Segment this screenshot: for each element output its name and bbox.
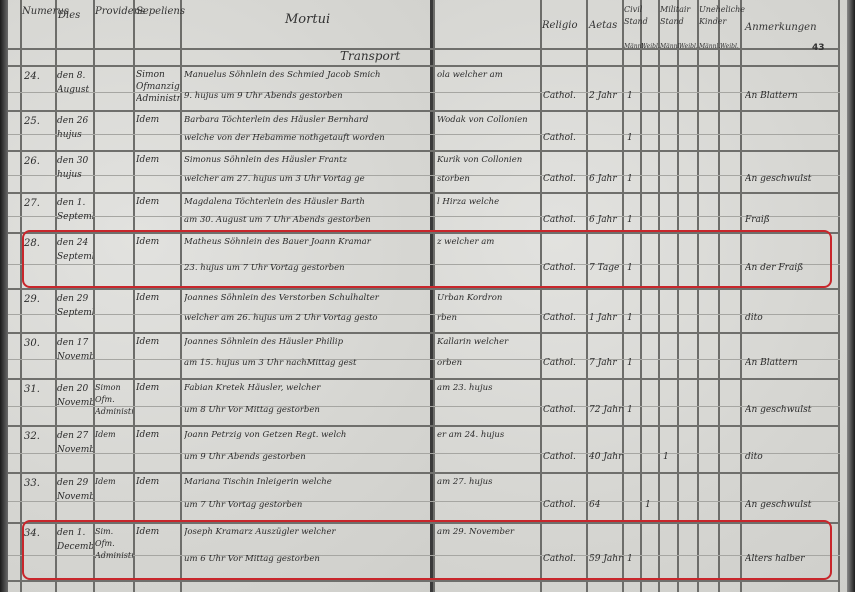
sub-w-2: Weibl. xyxy=(679,43,698,51)
row-civil-m: 1 xyxy=(627,402,639,418)
row-civil-m: 1 xyxy=(627,310,639,326)
row-religio: Cathol. xyxy=(543,449,587,465)
row-mortui-line2: am 15. hujus um 3 Uhr nachMittag gest xyxy=(184,355,432,372)
column-rule xyxy=(658,0,660,592)
row-religio: Cathol. xyxy=(543,310,587,326)
row-providens: Idem xyxy=(95,476,133,488)
row-aetas: 72 Jahr xyxy=(589,402,623,418)
row-anmerkung: An geschwulst xyxy=(745,171,835,187)
row-rule xyxy=(8,580,840,582)
row-dies: den 26 hujus xyxy=(57,114,93,148)
row-sepeliens: Idem xyxy=(136,114,180,126)
row-number: 24. xyxy=(24,69,54,85)
row-number: 32. xyxy=(24,429,54,445)
row-mortui-cont1: Kallarin welcher xyxy=(437,334,539,351)
row-mortui-line1: Joannes Söhnlein des Häusler Phillip xyxy=(184,334,432,351)
row-mortui-line2: um 8 Uhr Vor Mittag gestorben xyxy=(184,402,432,419)
header-anmerkungen: Anmerkungen xyxy=(745,22,817,34)
book-edge-right xyxy=(847,0,855,592)
column-rule xyxy=(740,0,742,592)
row-mortui-line2: am 30. August um 7 Uhr Abends gestorben xyxy=(184,212,432,229)
row-dies: den 27 Novemb. xyxy=(57,429,93,470)
row-mortui-line1: Mariana Tischin Inleigerin welche xyxy=(184,474,432,491)
row-sepeliens: Idem xyxy=(136,476,180,488)
row-anmerkung: dito xyxy=(745,310,835,326)
row-civil-m: 1 xyxy=(627,130,639,146)
row-mortui-cont1: l Hirza welche xyxy=(437,194,539,211)
row-anmerkung: An Blattern xyxy=(745,355,835,371)
row-providens: Idem xyxy=(95,429,133,441)
row-anmerkung: Fraiß xyxy=(745,212,835,228)
column-rule xyxy=(677,0,679,592)
row-aetas: 1 Jahr xyxy=(589,310,623,326)
row-number: 25. xyxy=(24,114,54,130)
row-sepeliens: Idem xyxy=(136,382,180,394)
row-civil-m: 1 xyxy=(627,88,639,104)
row-religio: Cathol. xyxy=(543,402,587,418)
row-civil-w: 1 xyxy=(645,497,657,513)
row-mortui-line2: welche von der Hebamme nothgetauft worde… xyxy=(184,130,432,147)
row-mortui-line1: Barbara Töchterlein des Häusler Bernhard xyxy=(184,112,432,129)
row-aetas: 40 Jahr xyxy=(589,449,623,465)
column-rule xyxy=(133,0,135,592)
row-sepeliens: Idem xyxy=(136,292,180,304)
row-aetas: 64 xyxy=(589,497,623,513)
row-dies: den 1. Septemb. xyxy=(57,196,93,230)
row-mortui-cont1: Kurik von Collonien xyxy=(437,152,539,169)
row-dies: den 8. August xyxy=(57,69,93,108)
row-sepeliens: Simon Ofmanzig Administr. xyxy=(136,69,180,105)
row-mortui-line1: Simonus Söhnlein des Häusler Frantz xyxy=(184,152,432,169)
header-sepeliens: Sepeliens xyxy=(136,6,178,18)
row-sepeliens: Idem xyxy=(136,429,180,441)
row-mortui-cont1: am 27. hujus xyxy=(437,474,539,491)
row-mortui-line2: 9. hujus um 9 Uhr Abends gestorben xyxy=(184,88,432,105)
sub-m-3: Männl. xyxy=(699,43,720,51)
highlight-box xyxy=(22,230,832,288)
row-anmerkung: An Blattern xyxy=(745,88,835,104)
header-uneheliche-kinder: Uneheliche Kinder xyxy=(699,4,739,28)
row-civil-m: 1 xyxy=(627,355,639,371)
row-mortui-line1: Fabian Kretek Häusler, welcher xyxy=(184,380,432,397)
row-number: 31. xyxy=(24,382,54,398)
row-mortui-line2: welcher am 26. hujus um 2 Uhr Vortag ges… xyxy=(184,310,432,327)
column-rule xyxy=(93,0,95,592)
row-dies: den 29 Novemb. xyxy=(57,476,93,520)
row-aetas: 2 Jahr xyxy=(589,88,623,104)
header-providens: Providens xyxy=(95,6,133,18)
row-sepeliens: Idem xyxy=(136,154,180,166)
book-edge-left xyxy=(0,0,8,592)
row-mortui-line2: welcher am 27. hujus um 3 Uhr Vortag ge xyxy=(184,171,432,188)
column-rule xyxy=(180,0,182,592)
row-religio: Cathol. xyxy=(543,497,587,513)
header-mortui: Mortui xyxy=(285,14,330,26)
row-civil-m: 1 xyxy=(627,212,639,228)
row-dies: den 20 Novemb. xyxy=(57,382,93,423)
row-anmerkung: dito xyxy=(745,449,835,465)
header-militair-stand: Militair Stand xyxy=(660,4,696,28)
row-number: 26. xyxy=(24,154,54,170)
row-aetas: 6 Jahr xyxy=(589,171,623,187)
row-mortui-line1: Magdalena Töchterlein des Häusler Barth xyxy=(184,194,432,211)
row-mortui-cont2: orben xyxy=(437,355,539,372)
row-dies: den 17 Novemb. xyxy=(57,336,93,376)
row-mortui-cont2: rben xyxy=(437,310,539,327)
column-rule xyxy=(433,0,435,592)
sub-w-3: Weibl. xyxy=(720,43,739,51)
row-anmerkung: An geschwulst xyxy=(745,497,835,513)
row-aetas: 7 Jahr xyxy=(589,355,623,371)
transport-label: Transport xyxy=(340,50,400,62)
row-mortui-cont1: ola welcher am xyxy=(437,67,539,84)
highlight-box xyxy=(22,520,832,580)
sub-w-1: Weibl. xyxy=(641,43,660,51)
row-civil-m: 1 xyxy=(627,171,639,187)
page-number: 43 xyxy=(812,43,825,53)
row-number: 30. xyxy=(24,336,54,352)
header-religio: Religio xyxy=(542,20,577,32)
header-numerus: Numerus xyxy=(22,6,54,18)
column-rule xyxy=(20,0,22,592)
row-aetas: 6 Jahr xyxy=(589,212,623,228)
row-dies: den 29 Septemb. xyxy=(57,292,93,330)
row-militair-m: 1 xyxy=(663,449,675,465)
row-number: 27. xyxy=(24,196,54,212)
row-anmerkung: An geschwulst xyxy=(745,402,835,418)
row-sepeliens: Idem xyxy=(136,336,180,348)
row-providens: Simon Ofm. Administr. xyxy=(95,382,133,418)
row-number: 29. xyxy=(24,292,54,308)
column-rule xyxy=(640,0,642,592)
row-mortui-line1: Joannes Söhnlein des Verstorben Schulhal… xyxy=(184,290,432,307)
row-religio: Cathol. xyxy=(543,355,587,371)
column-rule xyxy=(540,0,542,592)
row-religio: Cathol. xyxy=(543,212,587,228)
row-mortui-line1: Manuelus Söhnlein des Schmied Jacob Smic… xyxy=(184,67,432,84)
row-religio: Cathol. xyxy=(543,88,587,104)
row-mortui-line2: um 7 Uhr Vortag gestorben xyxy=(184,497,432,514)
column-rule xyxy=(718,0,720,592)
column-rule xyxy=(697,0,699,592)
header-civil-stand: Civil Stand xyxy=(624,4,658,28)
header-aetas: Aetas xyxy=(589,20,617,32)
row-mortui-cont1: Wodak von Collonien xyxy=(437,112,539,129)
row-mortui-line1: Joann Petrzig von Getzen Regt. welch xyxy=(184,427,432,444)
column-rule xyxy=(838,0,840,592)
row-mortui-cont1: Urban Kordron xyxy=(437,290,539,307)
header-dies: Dies xyxy=(58,10,80,22)
row-religio: Cathol. xyxy=(543,130,587,146)
row-mortui-cont1: am 23. hujus xyxy=(437,380,539,397)
row-mortui-cont2: storben xyxy=(437,171,539,188)
row-mortui-line2: um 9 Uhr Abends gestorben xyxy=(184,449,432,466)
row-sepeliens: Idem xyxy=(136,196,180,208)
row-religio: Cathol. xyxy=(543,171,587,187)
row-mortui-cont1: er am 24. hujus xyxy=(437,427,539,444)
row-dies: den 30 hujus xyxy=(57,154,93,190)
row-number: 33. xyxy=(24,476,54,492)
